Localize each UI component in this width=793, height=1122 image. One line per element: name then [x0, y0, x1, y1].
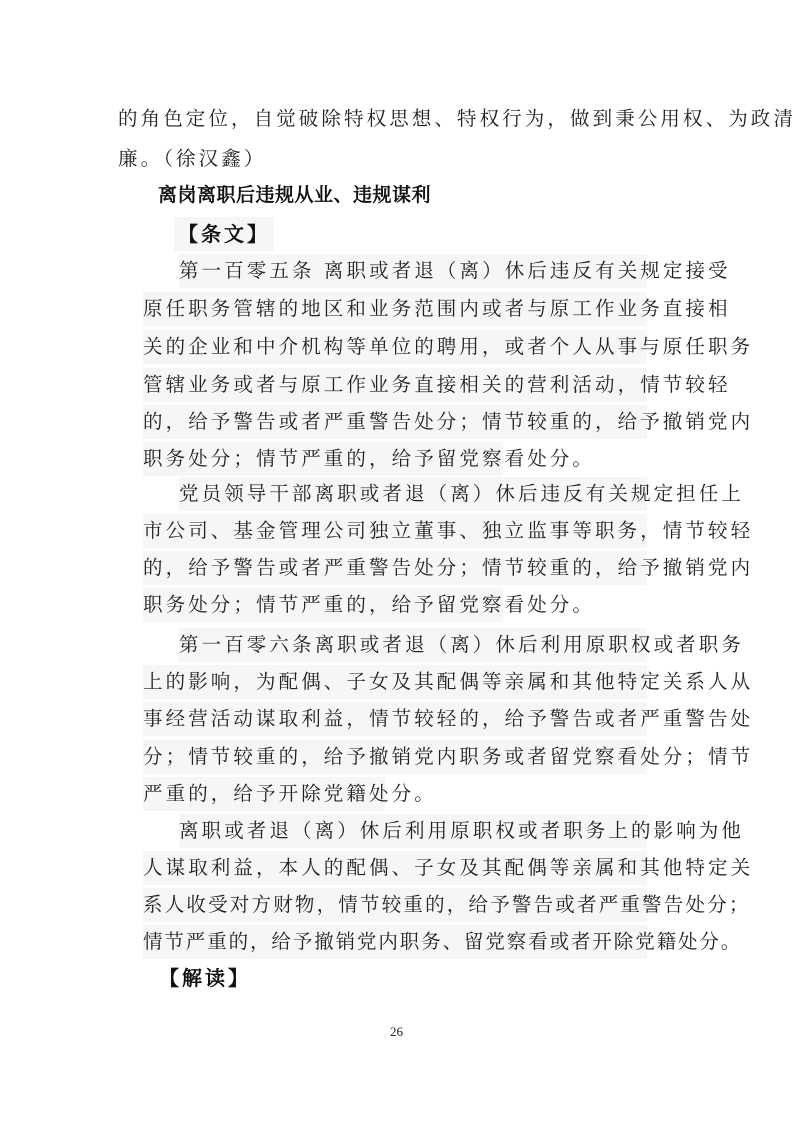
paragraph-1-line: 管辖业务或者与原工作业务直接相关的营利活动，情节较轻	[143, 368, 647, 402]
page-number: 26	[0, 1024, 793, 1040]
paragraph-1-line: 的，给予警告或者严重警告处分；情节较重的，给予撤销党内	[143, 405, 647, 439]
paragraph-2-line: 党员领导干部离职或者退（离）休后违反有关规定担任上	[179, 477, 647, 511]
paragraph-1-line: 原任职务管辖的地区和业务范围内或者与原工作业务直接相	[143, 292, 647, 326]
article-label: 【条文】	[174, 217, 274, 251]
paragraph-4-line: 离职或者退（离）休后利用原职权或者职务上的影响为他	[179, 814, 647, 848]
paragraph-3-line: 第一百零六条离职或者退（离）休后利用原职权或者职务	[179, 628, 647, 662]
paragraph-1-line: 职务处分；情节严重的，给予留党察看处分。	[143, 442, 503, 476]
paragraph-4-line: 系人收受对方财物，情节较重的，给予警告或者严重警告处分；	[143, 888, 647, 922]
paragraph-1-line: 关的企业和中介机构等单位的聘用，或者个人从事与原任职务	[143, 330, 647, 364]
intro-line: 的角色定位，自觉破除特权思想、特权行为，做到秉公用权、为政清	[118, 102, 793, 136]
paragraph-4-line: 情节严重的，给予撤销党内职务、留党察看或者开除党籍处分。	[143, 925, 647, 959]
paragraph-2-line: 的，给予警告或者严重警告处分；情节较重的，给予撤销党内	[143, 551, 647, 585]
paragraph-3-line: 上的影响，为配偶、子女及其配偶等亲属和其他特定关系人从	[143, 665, 647, 699]
paragraph-2-line: 职务处分；情节严重的，给予留党察看处分。	[143, 588, 503, 622]
interpretation-label: 【解读】	[155, 961, 255, 995]
paragraph-1-line: 第一百零五条 离职或者退（离）休后违反有关规定接受	[179, 254, 647, 288]
paragraph-3-line: 事经营活动谋取利益，情节较轻的，给予警告或者严重警告处	[143, 702, 647, 736]
section-title: 离岗离职后违规从业、违规谋利	[158, 180, 431, 210]
paragraph-4-line: 人谋取利益，本人的配偶、子女及其配偶等亲属和其他特定关	[143, 851, 647, 885]
paragraph-3-line: 分；情节较重的，给予撤销党内职务或者留党察看处分；情节	[143, 740, 647, 774]
intro-line: 廉。（徐汉鑫）	[118, 142, 266, 176]
document-page: 的角色定位，自觉破除特权思想、特权行为，做到秉公用权、为政清 廉。（徐汉鑫） 离…	[0, 0, 793, 1122]
paragraph-3-line: 严重的，给予开除党籍处分。	[143, 777, 385, 811]
paragraph-2-line: 市公司、基金管理公司独立董事、独立监事等职务，情节较轻	[143, 514, 647, 548]
